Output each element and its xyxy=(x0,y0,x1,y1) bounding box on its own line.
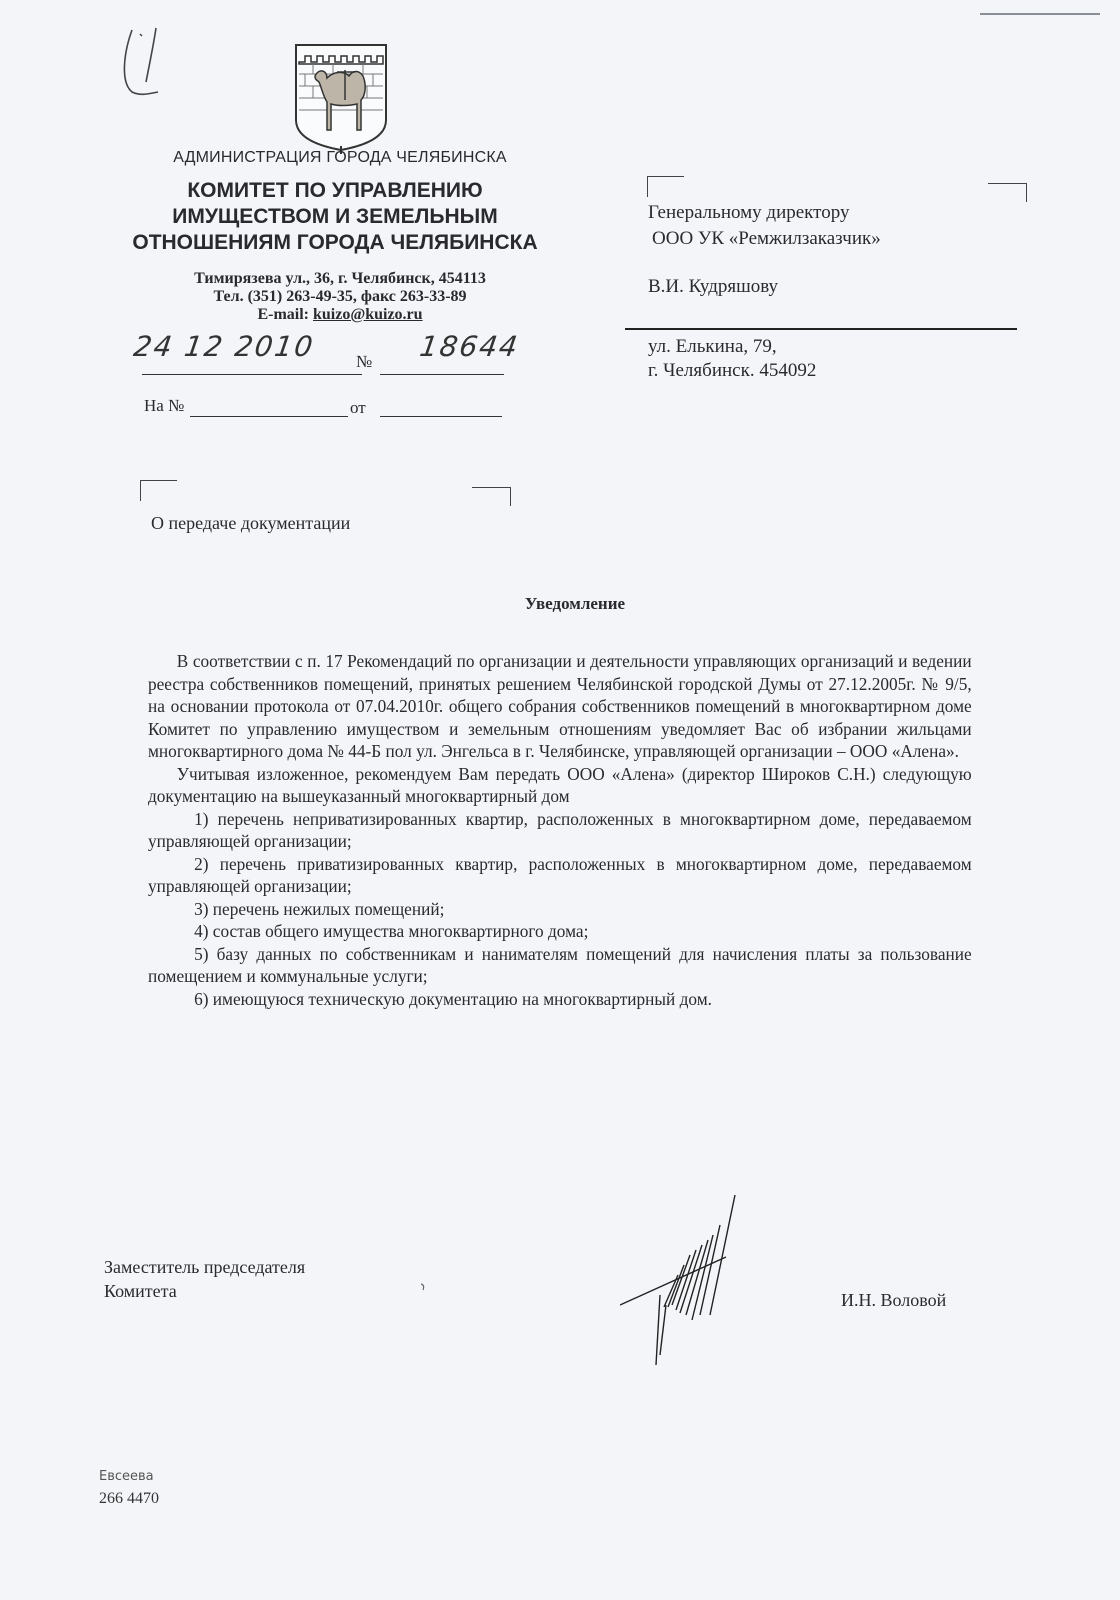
document-list-item: 3) перечень нежилых помещений; xyxy=(148,898,972,921)
recipient-address: ул. Елькина, 79, г. Челябинск. 454092 xyxy=(648,335,816,383)
subject-corner-mark-left xyxy=(140,480,177,501)
body-paragraph: Учитывая изложенное, рекомендуем Вам пер… xyxy=(148,763,972,808)
signatory-position-line: Комитета xyxy=(104,1279,305,1303)
document-list-item: 1) перечень неприватизированных квартир,… xyxy=(148,808,972,853)
committee-phone: Тел. (351) 263-49-35, факс 263-33-89 xyxy=(120,288,560,306)
signatory-position-line: Заместитель председателя xyxy=(104,1255,305,1279)
recipient-position: Генеральному директору xyxy=(648,200,881,226)
reply-from-date-field xyxy=(380,400,502,417)
letter-title: Уведомление xyxy=(0,594,1120,614)
executor-phone: 266 4470 xyxy=(99,1488,159,1510)
recipient-organization: ООО УК «Ремжилзаказчик» xyxy=(648,226,881,252)
scan-edge-line xyxy=(980,13,1100,15)
coat-of-arms-icon xyxy=(293,42,389,156)
handwritten-mark-icon xyxy=(118,22,188,102)
signature-icon xyxy=(620,1195,770,1375)
recipient-divider xyxy=(625,328,1017,330)
corner-mark-top-left xyxy=(647,176,684,197)
letter-body: В соответствии с п. 17 Рекомендаций по о… xyxy=(148,650,972,1010)
ink-dot-icon xyxy=(420,1283,426,1291)
committee-name-line: КОМИТЕТ ПО УПРАВЛЕНИЮ xyxy=(100,178,570,204)
body-paragraph: В соответствии с п. 17 Рекомендаций по о… xyxy=(148,650,972,763)
committee-email-row: E-mail: kuizo@kuizo.ru xyxy=(120,306,560,324)
subject-corner-mark-right xyxy=(472,487,511,506)
committee-contacts: Тимирязева ул., 36, г. Челябинск, 454113… xyxy=(120,270,560,324)
email-link[interactable]: kuizo@kuizo.ru xyxy=(313,306,423,323)
email-label: E-mail: xyxy=(257,306,313,323)
reply-from-label: от xyxy=(350,398,366,418)
administration-name: АДМИНИСТРАЦИЯ ГОРОДА ЧЕЛЯБИНСКА xyxy=(120,149,560,167)
recipient-block: Генеральному директору ООО УК «Ремжилзак… xyxy=(648,200,881,300)
committee-address: Тимирязева ул., 36, г. Челябинск, 454113 xyxy=(120,270,560,288)
recipient-street: ул. Елькина, 79, xyxy=(648,335,816,359)
recipient-city: г. Челябинск. 454092 xyxy=(648,359,816,383)
signatory-position: Заместитель председателя Комитета xyxy=(104,1255,305,1303)
executor-name: Евсеева xyxy=(99,1466,159,1488)
executor-info: Евсеева 266 4470 xyxy=(99,1466,159,1510)
registration-date-field: 24 12 2010 xyxy=(142,330,362,375)
document-list-item: 6) имеющуюся техническую документацию на… xyxy=(148,988,972,1011)
registration-date-handwritten: 24 12 2010 xyxy=(132,330,317,363)
registration-number-label: № xyxy=(356,352,372,372)
reply-to-number-field xyxy=(190,400,348,417)
letter-subject: О передаче документации xyxy=(151,513,350,534)
document-list-item: 5) базу данных по собственникам и нанима… xyxy=(148,943,972,988)
recipient-name: В.И. Кудряшову xyxy=(648,274,881,300)
corner-mark-top-right xyxy=(988,183,1027,202)
registration-number-handwritten: 18644 xyxy=(418,330,522,363)
committee-name-line: ОТНОШЕНИЯМ ГОРОДА ЧЕЛЯБИНСКА xyxy=(100,230,570,256)
document-list-item: 2) перечень приватизированных квартир, р… xyxy=(148,853,972,898)
signatory-name: И.Н. Воловой xyxy=(841,1290,946,1311)
committee-name: КОМИТЕТ ПО УПРАВЛЕНИЮ ИМУЩЕСТВОМ И ЗЕМЕЛ… xyxy=(100,178,570,256)
document-list-item: 4) состав общего имущества многоквартирн… xyxy=(148,920,972,943)
committee-name-line: ИМУЩЕСТВОМ И ЗЕМЕЛЬНЫМ xyxy=(100,204,570,230)
reply-to-label: На № xyxy=(144,396,184,416)
registration-number-field: 18644 xyxy=(380,330,504,375)
